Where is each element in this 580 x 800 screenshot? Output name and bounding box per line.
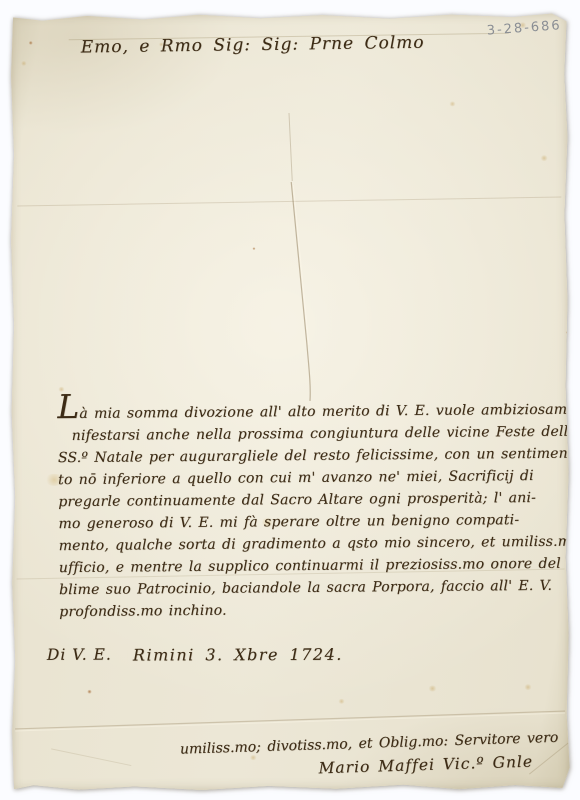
catalog-number: 3-28-686 — [486, 17, 580, 39]
rust-spot — [87, 690, 92, 694]
closing-row: Di V. E. Rimini 3. Xbre 1724. — [11, 644, 571, 646]
letter-page: 3-28-686 Emo, e Rmo Sig: Sig: Prne Colmo… — [9, 12, 572, 793]
fox-spot — [428, 685, 437, 691]
rust-spot — [566, 331, 569, 334]
rust-spot — [252, 247, 255, 250]
fox-spot — [21, 61, 27, 66]
scanned-letter: 3-28-686 Emo, e Rmo Sig: Sig: Prne Colmo… — [0, 0, 580, 800]
fox-spot — [540, 155, 548, 161]
dateline: Rimini 3. Xbre 1724. — [133, 645, 343, 665]
salutation-line: Emo, e Rmo Sig: Sig: Prne Colmo — [81, 33, 425, 58]
rust-spot — [29, 41, 33, 45]
letter-body: Là mia somma divozione all' alto merito … — [57, 399, 571, 623]
closing-recipient: Di V. E. — [47, 646, 112, 664]
body-line: blime suo Patrocinio, baciandole la sacr… — [59, 575, 571, 601]
fox-spot — [449, 101, 456, 106]
signature-block: umiliss.mo; divotiss.mo, et Oblig.mo: Se… — [180, 727, 560, 785]
fox-spot — [524, 684, 532, 690]
body-line: profondiss.mo inchino. — [59, 597, 571, 623]
fox-spot — [338, 699, 345, 704]
